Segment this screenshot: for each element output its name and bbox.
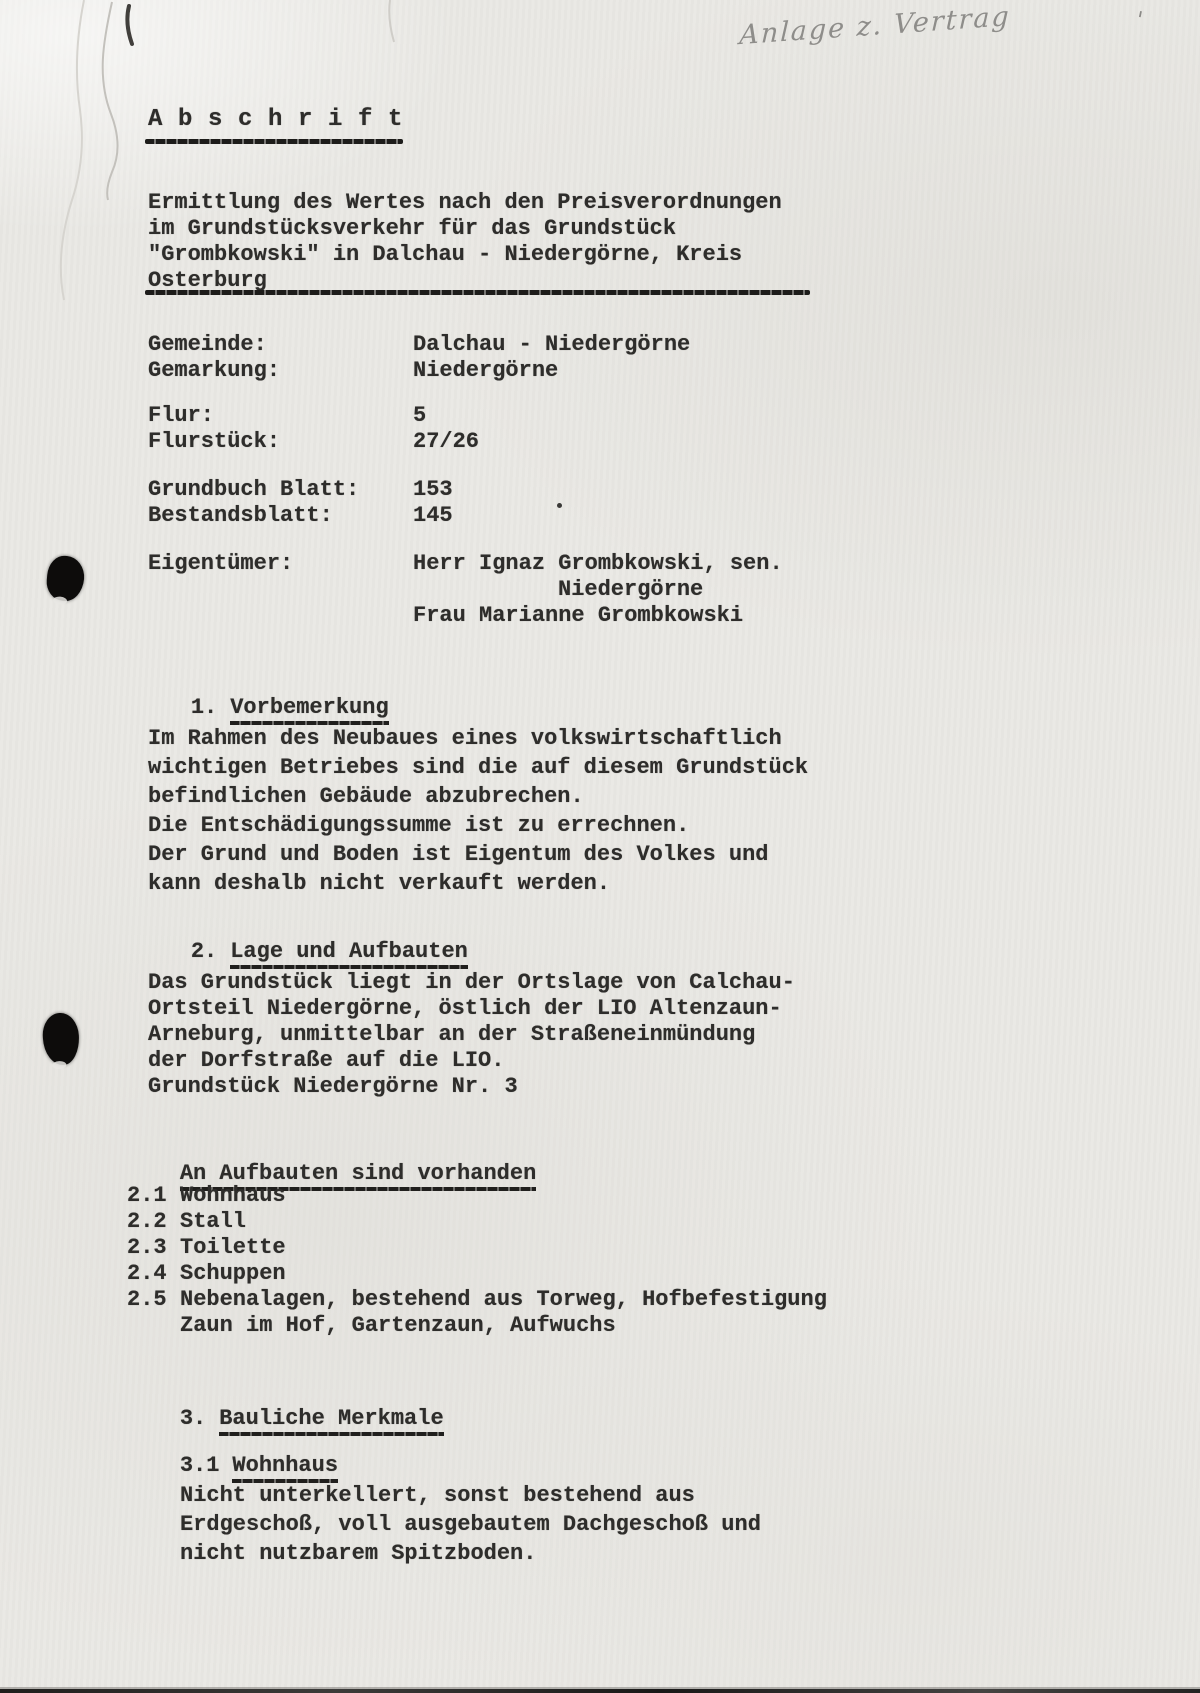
field-label: Gemeinde: bbox=[148, 332, 413, 358]
field-label: Gemarkung: bbox=[148, 358, 413, 384]
section-3-1-paragraph: Nicht unterkellert, sonst bestehend aus … bbox=[180, 1481, 761, 1568]
field-row: Grundbuch Blatt:153 bbox=[148, 477, 453, 503]
list-item: 2.2Stall bbox=[127, 1209, 827, 1235]
field-label: Grundbuch Blatt: bbox=[148, 477, 413, 503]
field-row: Niedergörne bbox=[148, 577, 783, 603]
field-row: Gemarkung:Niedergörne bbox=[148, 358, 690, 384]
paragraph-line: befindlichen Gebäude abzubrechen. bbox=[148, 782, 808, 811]
owner-line-3: Frau Marianne Grombkowski bbox=[413, 603, 743, 629]
list-item: 2.3Toilette bbox=[127, 1235, 827, 1261]
list-item: 2.5Nebenalagen, bestehend aus Torweg, Ho… bbox=[127, 1287, 827, 1313]
subject-line: "Grombkowski" in Dalchau - Niedergörne, … bbox=[148, 242, 782, 268]
section-number: 3.1 bbox=[180, 1454, 220, 1478]
section-title: Vorbemerkung bbox=[230, 696, 388, 725]
field-group-eigentuemer: Eigentümer:Herr Ignaz Grombkowski, sen. … bbox=[148, 551, 783, 629]
field-row: Flur:5 bbox=[148, 403, 479, 429]
hole-punch-mark bbox=[45, 554, 86, 602]
subject-line: im Grundstücksverkehr für das Grundstück bbox=[148, 216, 782, 242]
field-value: 27/26 bbox=[413, 429, 479, 455]
field-row: Flurstück:27/26 bbox=[148, 429, 479, 455]
subject-block: Ermittlung des Wertes nach den Preisvero… bbox=[148, 190, 782, 294]
field-label: Flur: bbox=[148, 403, 413, 429]
paragraph-line: Ortsteil Niedergörne, östlich der LIO Al… bbox=[148, 996, 795, 1022]
field-label: Bestandsblatt: bbox=[148, 503, 413, 529]
list-item-text: Wohnhaus bbox=[180, 1183, 286, 1209]
paragraph-line: Im Rahmen des Neubaues eines volkswirtsc… bbox=[148, 724, 808, 753]
section-number: 2. bbox=[191, 940, 217, 964]
section-title: Lage und Aufbauten bbox=[230, 940, 468, 969]
field-label: Eigentümer: bbox=[148, 551, 413, 577]
field-value: Herr Ignaz Grombkowski, sen. bbox=[413, 551, 783, 577]
field-row: Gemeinde:Dalchau - Niedergörne bbox=[148, 332, 690, 358]
list-item-text: Stall bbox=[180, 1209, 246, 1235]
section-title: Wohnhaus bbox=[232, 1454, 338, 1483]
title-underline-rule bbox=[145, 139, 403, 144]
paragraph-line: Das Grundstück liegt in der Ortslage von… bbox=[148, 970, 795, 996]
list-item: 2.4Schuppen bbox=[127, 1261, 827, 1287]
subject-underline-rule bbox=[145, 290, 810, 295]
field-value: 5 bbox=[413, 403, 426, 429]
field-row: Frau Marianne Grombkowski bbox=[148, 603, 783, 629]
paragraph-line: der Dorfstraße auf die LIO. bbox=[148, 1048, 795, 1074]
scan-speck bbox=[557, 503, 562, 508]
paragraph-line: Grundstück Niedergörne Nr. 3 bbox=[148, 1074, 795, 1100]
list-item-text: Zaun im Hof, Gartenzaun, Aufwuchs bbox=[180, 1313, 616, 1339]
handwritten-note: Anlage z. Vertrag bbox=[739, 1, 1011, 51]
owner-line-2: Niedergörne bbox=[413, 577, 703, 603]
scanned-document-page: ' Anlage z. Vertrag A b s c h r i f t Er… bbox=[0, 0, 1200, 1693]
section-number: 1. bbox=[191, 696, 217, 720]
paragraph-line: Nicht unterkellert, sonst bestehend aus bbox=[180, 1481, 761, 1510]
field-group-grundbuch: Grundbuch Blatt:153 Bestandsblatt:145 bbox=[148, 477, 453, 529]
field-value: 153 bbox=[413, 477, 453, 503]
paragraph-line: Erdgeschoß, voll ausgebautem Dachgeschoß… bbox=[180, 1510, 761, 1539]
list-item-text: Toilette bbox=[180, 1235, 286, 1261]
subject-line: Ermittlung des Wertes nach den Preisvero… bbox=[148, 190, 782, 216]
list-item-number: 2.5 bbox=[127, 1287, 180, 1313]
field-value: 145 bbox=[413, 503, 453, 529]
list-item-number: 2.2 bbox=[127, 1209, 180, 1235]
field-value: Niedergörne bbox=[413, 358, 558, 384]
section-number: 3. bbox=[180, 1407, 206, 1431]
field-group-flur: Flur:5 Flurstück:27/26 bbox=[148, 403, 479, 455]
field-group-gemeinde: Gemeinde:Dalchau - Niedergörne Gemarkung… bbox=[148, 332, 690, 384]
scan-edge-artifact bbox=[0, 1689, 1200, 1693]
field-label: Flurstück: bbox=[148, 429, 413, 455]
list-item-number: 2.3 bbox=[127, 1235, 180, 1261]
list-item: 2.1Wohnhaus bbox=[127, 1183, 827, 1209]
paragraph-line: wichtigen Betriebes sind die auf diesem … bbox=[148, 753, 808, 782]
list-item-text: Nebenalagen, bestehend aus Torweg, Hofbe… bbox=[180, 1287, 827, 1313]
document-title: A b s c h r i f t bbox=[148, 106, 403, 133]
section-2-paragraph: Das Grundstück liegt in der Ortslage von… bbox=[148, 970, 795, 1100]
field-value: Dalchau - Niedergörne bbox=[413, 332, 690, 358]
field-row: Eigentümer:Herr Ignaz Grombkowski, sen. bbox=[148, 551, 783, 577]
aufbauten-list: 2.1Wohnhaus 2.2Stall 2.3Toilette 2.4Schu… bbox=[127, 1183, 827, 1339]
list-item-text: Schuppen bbox=[180, 1261, 286, 1287]
paragraph-line: Arneburg, unmittelbar an der Straßeneinm… bbox=[148, 1022, 795, 1048]
list-item-number: 2.4 bbox=[127, 1261, 180, 1287]
paragraph-line: nicht nutzbarem Spitzboden. bbox=[180, 1539, 761, 1568]
scan-speck: ' bbox=[1133, 8, 1144, 34]
section-1-paragraph: Im Rahmen des Neubaues eines volkswirtsc… bbox=[148, 724, 808, 898]
field-row: Bestandsblatt:145 bbox=[148, 503, 453, 529]
list-item-continuation: Zaun im Hof, Gartenzaun, Aufwuchs bbox=[127, 1313, 827, 1339]
list-item-number: 2.1 bbox=[127, 1183, 180, 1209]
paragraph-line: kann deshalb nicht verkauft werden. bbox=[148, 869, 808, 898]
paragraph-line: Die Entschädigungssumme ist zu errechnen… bbox=[148, 811, 808, 840]
hole-punch-mark bbox=[42, 1012, 81, 1066]
paragraph-line: Der Grund und Boden ist Eigentum des Vol… bbox=[148, 840, 808, 869]
